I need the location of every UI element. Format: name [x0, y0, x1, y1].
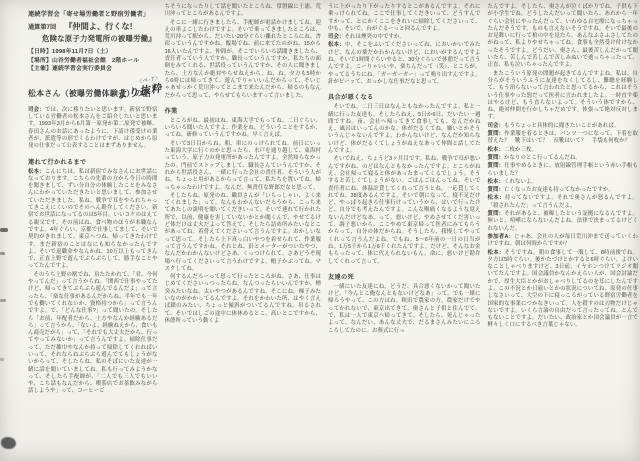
header-meta-row: 【日時】1998年11月7日（土）	[28, 48, 158, 57]
session-number: 通算第7回	[28, 22, 56, 31]
speaker-label: 司会：	[488, 123, 504, 129]
meta-label: 【主催】	[28, 66, 52, 72]
event-title-line1: 『仲間よ、行くな!	[64, 21, 132, 32]
dialogue-paragraph: 参加者A：じゃあ、会社の人が毎日荒川沖まで送っていくわけですね。朝は何時からです…	[488, 234, 638, 249]
speaker-label: 松本：	[488, 250, 505, 256]
scan-smudge	[1, 437, 16, 449]
paragraph: 一緒にいた友達にね。どうだ、具合悪くないかって聞いたけど、「今んとこ俺なんともな…	[328, 284, 480, 335]
dialogue-paragraph: 松本：くれないよ。	[488, 179, 638, 186]
dialogue-paragraph: 松本：中、そこをふいてくださいってね。においかいでみたけど、なんの薬だかわかんな…	[328, 42, 480, 86]
speaker-label: 参加者A：	[488, 234, 515, 240]
column-4: たんですよ。そしたら、奥さんが泣くばかりでね。子供も下が小学生でね。どうしたんだ…	[488, 4, 638, 397]
dialogue-paragraph: 司会：もうちょっと具体的に聞きたいことがあれば。	[488, 123, 638, 130]
paragraph: またこういう原発の問題が起きてるんですよね。私は、自分らがそういうふうに友達をな…	[488, 71, 638, 122]
paragraph: そこに一緒に行きましたら、手配師が電話かけましてね。迎えの車よこしたわけですよ。…	[165, 20, 321, 100]
dialogue-paragraph: 松本：こんにちは。私は新宿でみなさんにお世話になっております。こちらの先輩の方か…	[28, 169, 158, 271]
dialogue-paragraph: 質問：かなりのとこ行ってるんだね。	[488, 155, 638, 162]
scan-smudge	[0, 228, 8, 232]
speaker-label: 司会：	[328, 34, 344, 40]
dialogue-paragraph: 司会：では、次に移りたいと思います。新宿で野宿している労働者の松本さんをご紹介し…	[28, 107, 158, 151]
paragraph: そいでね。二日三日はなんともなかったんですよ。私と一緒に行った友達も。そしたらね…	[328, 104, 480, 155]
speaker-label: 松本：	[328, 42, 345, 48]
series-title: 連続学習会「寄せ場労働者と野宿労働者」	[28, 9, 158, 18]
text-column-blocks: うに上がったり下がったりするとこがあるんですよ。それに乗っけられてね。ここで仕事…	[328, 4, 480, 335]
column-3: うに上がったり下がったりするとこがあるんですよ。それに乗っけられてね。ここで仕事…	[328, 4, 480, 397]
paragraph: たんですよ。そしたら、奥さんが泣くばかりでね。子供も下が小学生でね。どうしたんだ…	[488, 4, 638, 70]
scan-smudge	[0, 358, 4, 361]
meta-value: 山谷労働者福祉会館 2階ホール	[52, 58, 139, 64]
speaker-label: 松本：	[488, 195, 505, 201]
speaker-label: 質問：	[488, 187, 504, 193]
dialogue-paragraph: 質問：仕事やめるときに、放射線管理手帳という赤い手帳もらいました？	[488, 163, 638, 178]
speaker-label: 司会：	[28, 107, 45, 113]
header-meta: 【日時】1998年11月7日（土）【場所】山谷労働者福祉会館 2階ホール【主催】…	[28, 48, 158, 74]
text-columns: 連続学習会「寄せ場労働者と野宿労働者」 通算第7回 『仲間よ、行くな! 危険な原…	[0, 0, 640, 397]
dialogue-paragraph: 質問：作業服を着るときは、パンツ一つになって、下着を取替えた？ 靴下はいて？ 長…	[488, 131, 638, 146]
paragraph: ところがね。最初はね、東海大学でもってね、二日ぐらい、いろいろ聞いた人ですよ、作…	[165, 118, 321, 140]
subheading: 具合が悪くなる	[328, 92, 480, 101]
paragraph: そのうち上野の駅でね、肩たたかれて、「君、今何やってんだ」って言うからね。「関西…	[28, 272, 158, 396]
speaker-label: 松本：	[488, 179, 504, 185]
speaker-label: 質問：	[488, 155, 504, 161]
session-row: 通算第7回 『仲間よ、行くな!	[28, 21, 158, 32]
text-column-blocks: 司会：では、次に移りたいと思います。新宿で野宿している労働者の松本さんをご紹介し…	[28, 107, 158, 396]
subheading: 友達の死	[328, 272, 480, 281]
text-column-blocks: ちそうになったりして話を聞いたところね、常磐線に土浦、荒川沖ってところがあるんで…	[165, 4, 321, 325]
speaker-label: 質問：	[488, 131, 505, 137]
dialogue-paragraph: 松本：そうですね。朝の食事して一服して、8時前後でね。夕方は5時ぐらい。後かたづ…	[488, 250, 638, 330]
paragraph: そしたらね、原発のね、職員さんが「いらっしゃい、よく来てくれました」って。なんも…	[165, 193, 321, 273]
speaker-label: 松本：	[488, 147, 504, 153]
meta-value: 連続学習会実行委員会	[52, 66, 112, 72]
header-meta-row: 【場所】山谷労働者福祉会館 2階ホール	[28, 57, 158, 66]
subheading: 作業	[165, 106, 321, 115]
speaker-label: 松本：	[28, 169, 45, 175]
dialogue-paragraph: 質問：亡くなったお友達も持ってなかったですか。	[488, 187, 638, 194]
paragraph: うに上がったり下がったりするとこがあるんですよ。それに乗っけられてね。ここで仕事…	[328, 4, 480, 33]
dialogue-paragraph: 質問：それがあると、被曝したという証拠になるんですよ。無いと、喧嘩にならないんだ…	[488, 211, 638, 233]
paragraph: そいでねえ、ちょうど3ヶ月目です。私ね、戦争で耳が悪いんですがね、のどはなんとも…	[328, 156, 480, 265]
document-header: 連続学習会「寄せ場労働者と野宿労働者」 通算第7回 『仲間よ、行くな! 危険な原…	[28, 4, 158, 74]
scan-smudge	[0, 252, 5, 255]
paragraph: 何するんだろーって思って行ったところがね。さあ、仕事はじめてくださいっつったらね…	[165, 274, 321, 325]
paragraph: そいで3日目からね。朝、車にのっけられてね。前日にいった東海大学に行くのかと思っ…	[165, 141, 321, 192]
speaker-label: 質問：	[488, 163, 505, 169]
text-column-blocks: たんですよ。そしたら、奥さんが泣くばかりでね。子供も下が小学生でね。どうしたんだ…	[488, 4, 638, 330]
meta-label: 【場所】	[28, 58, 52, 64]
dialogue-paragraph: 司会：それは煙突の中ですか。	[328, 34, 480, 41]
column-2: ちそうになったりして話を聞いたところね、常磐線に土浦、荒川沖ってところがあるんで…	[165, 4, 321, 397]
meta-value: 1998年11月7日（土）	[52, 49, 112, 55]
scanned-document-page: 連続学習会「寄せ場労働者と野宿労働者」 通算第7回 『仲間よ、行くな! 危険な原…	[0, 0, 640, 461]
paragraph: ちそうになったりして話を聞いたところね、常磐線に土浦、荒川沖ってところがあるんで…	[165, 4, 321, 19]
event-title-line2: 危険な原子力発電所の被曝労働』	[42, 33, 158, 44]
speaker-label: 質問：	[488, 211, 505, 217]
subheading: 連れて行かれるまで	[28, 157, 158, 166]
meta-label: 【日時】	[28, 49, 52, 55]
dialogue-paragraph: 松本：持ってないですよ。それで奥さんが怒るんですよ。「殺されたんだ」って言うんだ…	[488, 195, 638, 210]
scan-smudge	[0, 299, 6, 302]
dialogue-paragraph: 松本：二枚か三枚。	[488, 147, 638, 154]
header-meta-row: 【主催】連続学習会実行委員会	[28, 65, 158, 74]
column-1: 連続学習会「寄せ場労働者と野宿労働者」 通算第7回 『仲間よ、行くな! 危険な原…	[28, 4, 158, 397]
